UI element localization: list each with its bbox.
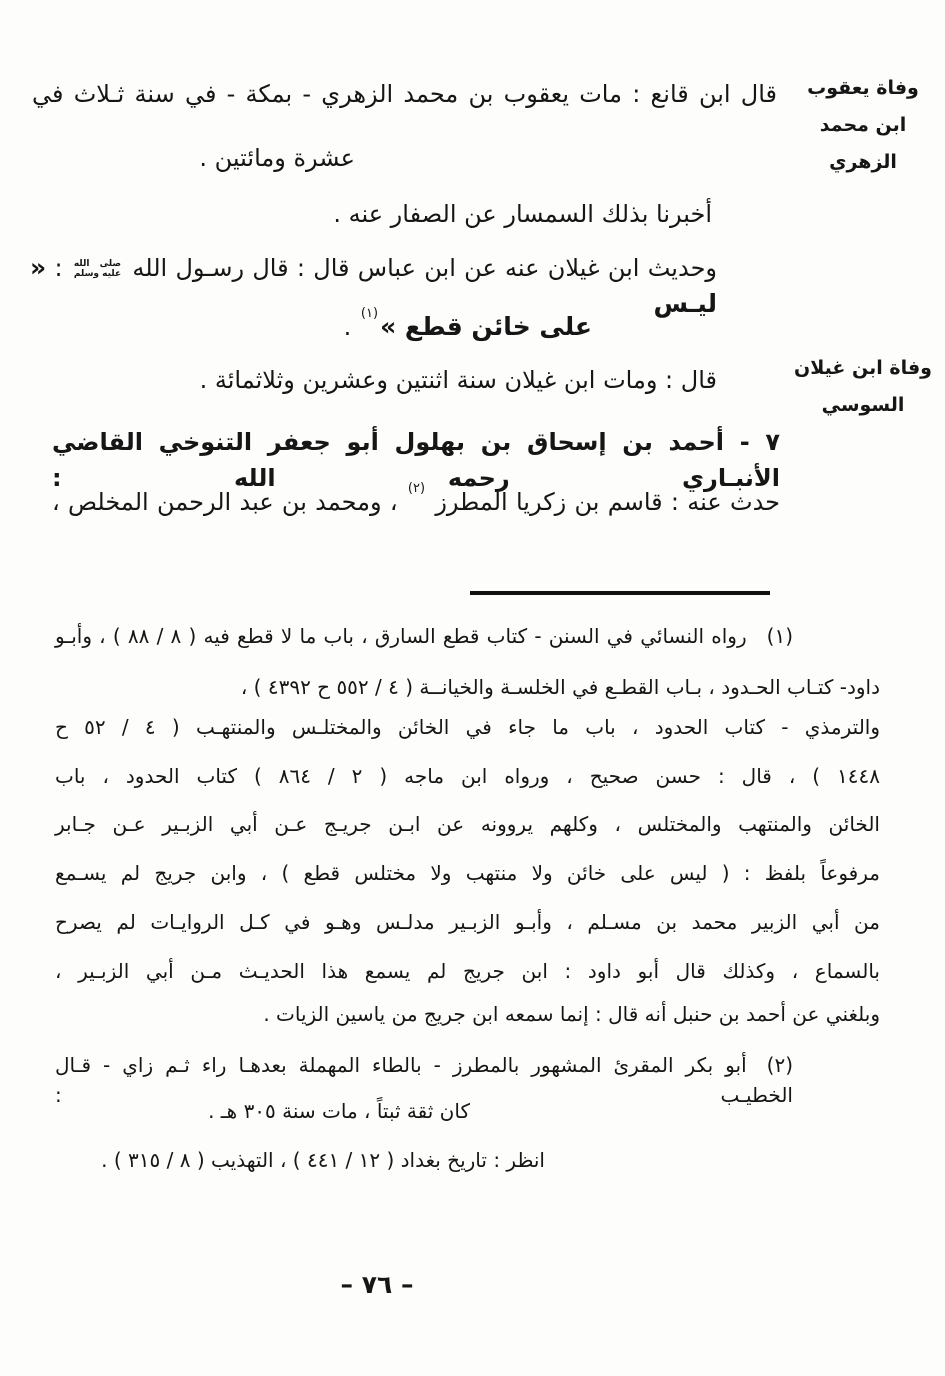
margin-note-line: وفاة يعقوب — [787, 70, 939, 107]
footnote-separator — [470, 591, 770, 595]
footnote-line: وبلغني عن أحمد بن حنبل أنه قال : إنما سم… — [263, 999, 880, 1029]
footnote-line: الخائن والمنتهب والمختلس ، وكلهم يروونه … — [55, 809, 880, 839]
narrators-text: ، ومحمد بن عبد الرحمن المخلص ، — [52, 488, 406, 516]
footnote-text: رواه النسائي في السنن - كتاب قطع السارق … — [55, 624, 747, 648]
margin-note: وفاة يعقوب ابن محمد الزهري — [787, 70, 939, 181]
footnote-ref-sup: (١) — [359, 306, 380, 321]
footnote-line: (١)رواه النسائي في السنن - كتاب قطع السا… — [55, 621, 793, 651]
footnote-line: كان ثقة ثبتاً ، مات سنة ٣٠٥ هـ . — [208, 1096, 470, 1126]
footnote-line: بالسماع ، وكذلك قال أبو داود : ابن جريج … — [55, 956, 880, 986]
body-line: عشرة ومائتين . — [199, 140, 355, 176]
margin-note-line: ابن محمد — [787, 107, 939, 144]
footnote-marker: (٢) — [767, 1053, 793, 1077]
footnote-line: انظر : تاريخ بغداد ( ١٢ / ٤٤١ ) ، التهذي… — [101, 1145, 545, 1175]
body-line: قال ابن قانع : مات يعقوب بن محمد الزهري … — [32, 76, 777, 112]
hadith-isnad-text: وحديث ابن غيلان عنه عن ابن عباس قال : قا… — [124, 254, 717, 282]
footnote-marker: (١) — [767, 624, 793, 648]
body-line: حدث عنه : قاسم بن زكريا المطرز (٢) ، ومح… — [52, 480, 780, 520]
saw-top: صلى الله — [74, 259, 121, 269]
narrators-text: حدث عنه : قاسم بن زكريا المطرز — [427, 488, 780, 516]
footnote-line: من أبي الزبير محمد بن مسـلم ، وأبـو الزب… — [55, 907, 880, 937]
body-line: أخبرنا بذلك السمسار عن الصفار عنه . — [333, 196, 712, 232]
hadith-bold-text: على خائن قطع » — [380, 312, 592, 341]
footnote-line: مرفوعاً بلفظ : ( ليس على خائن ولا منتهب … — [55, 858, 880, 888]
margin-note-line: الزهري — [787, 144, 939, 181]
page-number: – ٧٦ – — [312, 1270, 442, 1299]
saw-bottom: عليه وسلم — [74, 269, 121, 279]
body-line: قال : ومات ابن غيلان سنة اثنتين وعشرين و… — [200, 362, 717, 398]
margin-note-line: وفاة ابن غيلان — [787, 350, 939, 387]
book-page: وفاة يعقوب ابن محمد الزهري وفاة ابن غيلا… — [0, 0, 945, 1376]
footnote-line: داود- كتـاب الحـدود ، بـاب القطـع في الخ… — [241, 672, 880, 702]
separator-colon: : — [46, 254, 71, 282]
margin-note: وفاة ابن غيلان السوسي — [787, 350, 939, 424]
footnote-ref-sup: (٢) — [406, 481, 427, 496]
footnote-line: والترمذي - كتاب الحدود ، باب ما جاء في ا… — [55, 712, 880, 742]
body-line: على خائن قطع »(١) . — [344, 305, 592, 345]
margin-note-line: السوسي — [787, 387, 939, 424]
saw-honorific-icon: صلى اللهعليه وسلم — [74, 259, 121, 279]
period: . — [344, 313, 359, 341]
footnote-line: ١٤٤٨ ) ، قال : حسن صحيح ، ورواه ابن ماجه… — [55, 761, 880, 791]
